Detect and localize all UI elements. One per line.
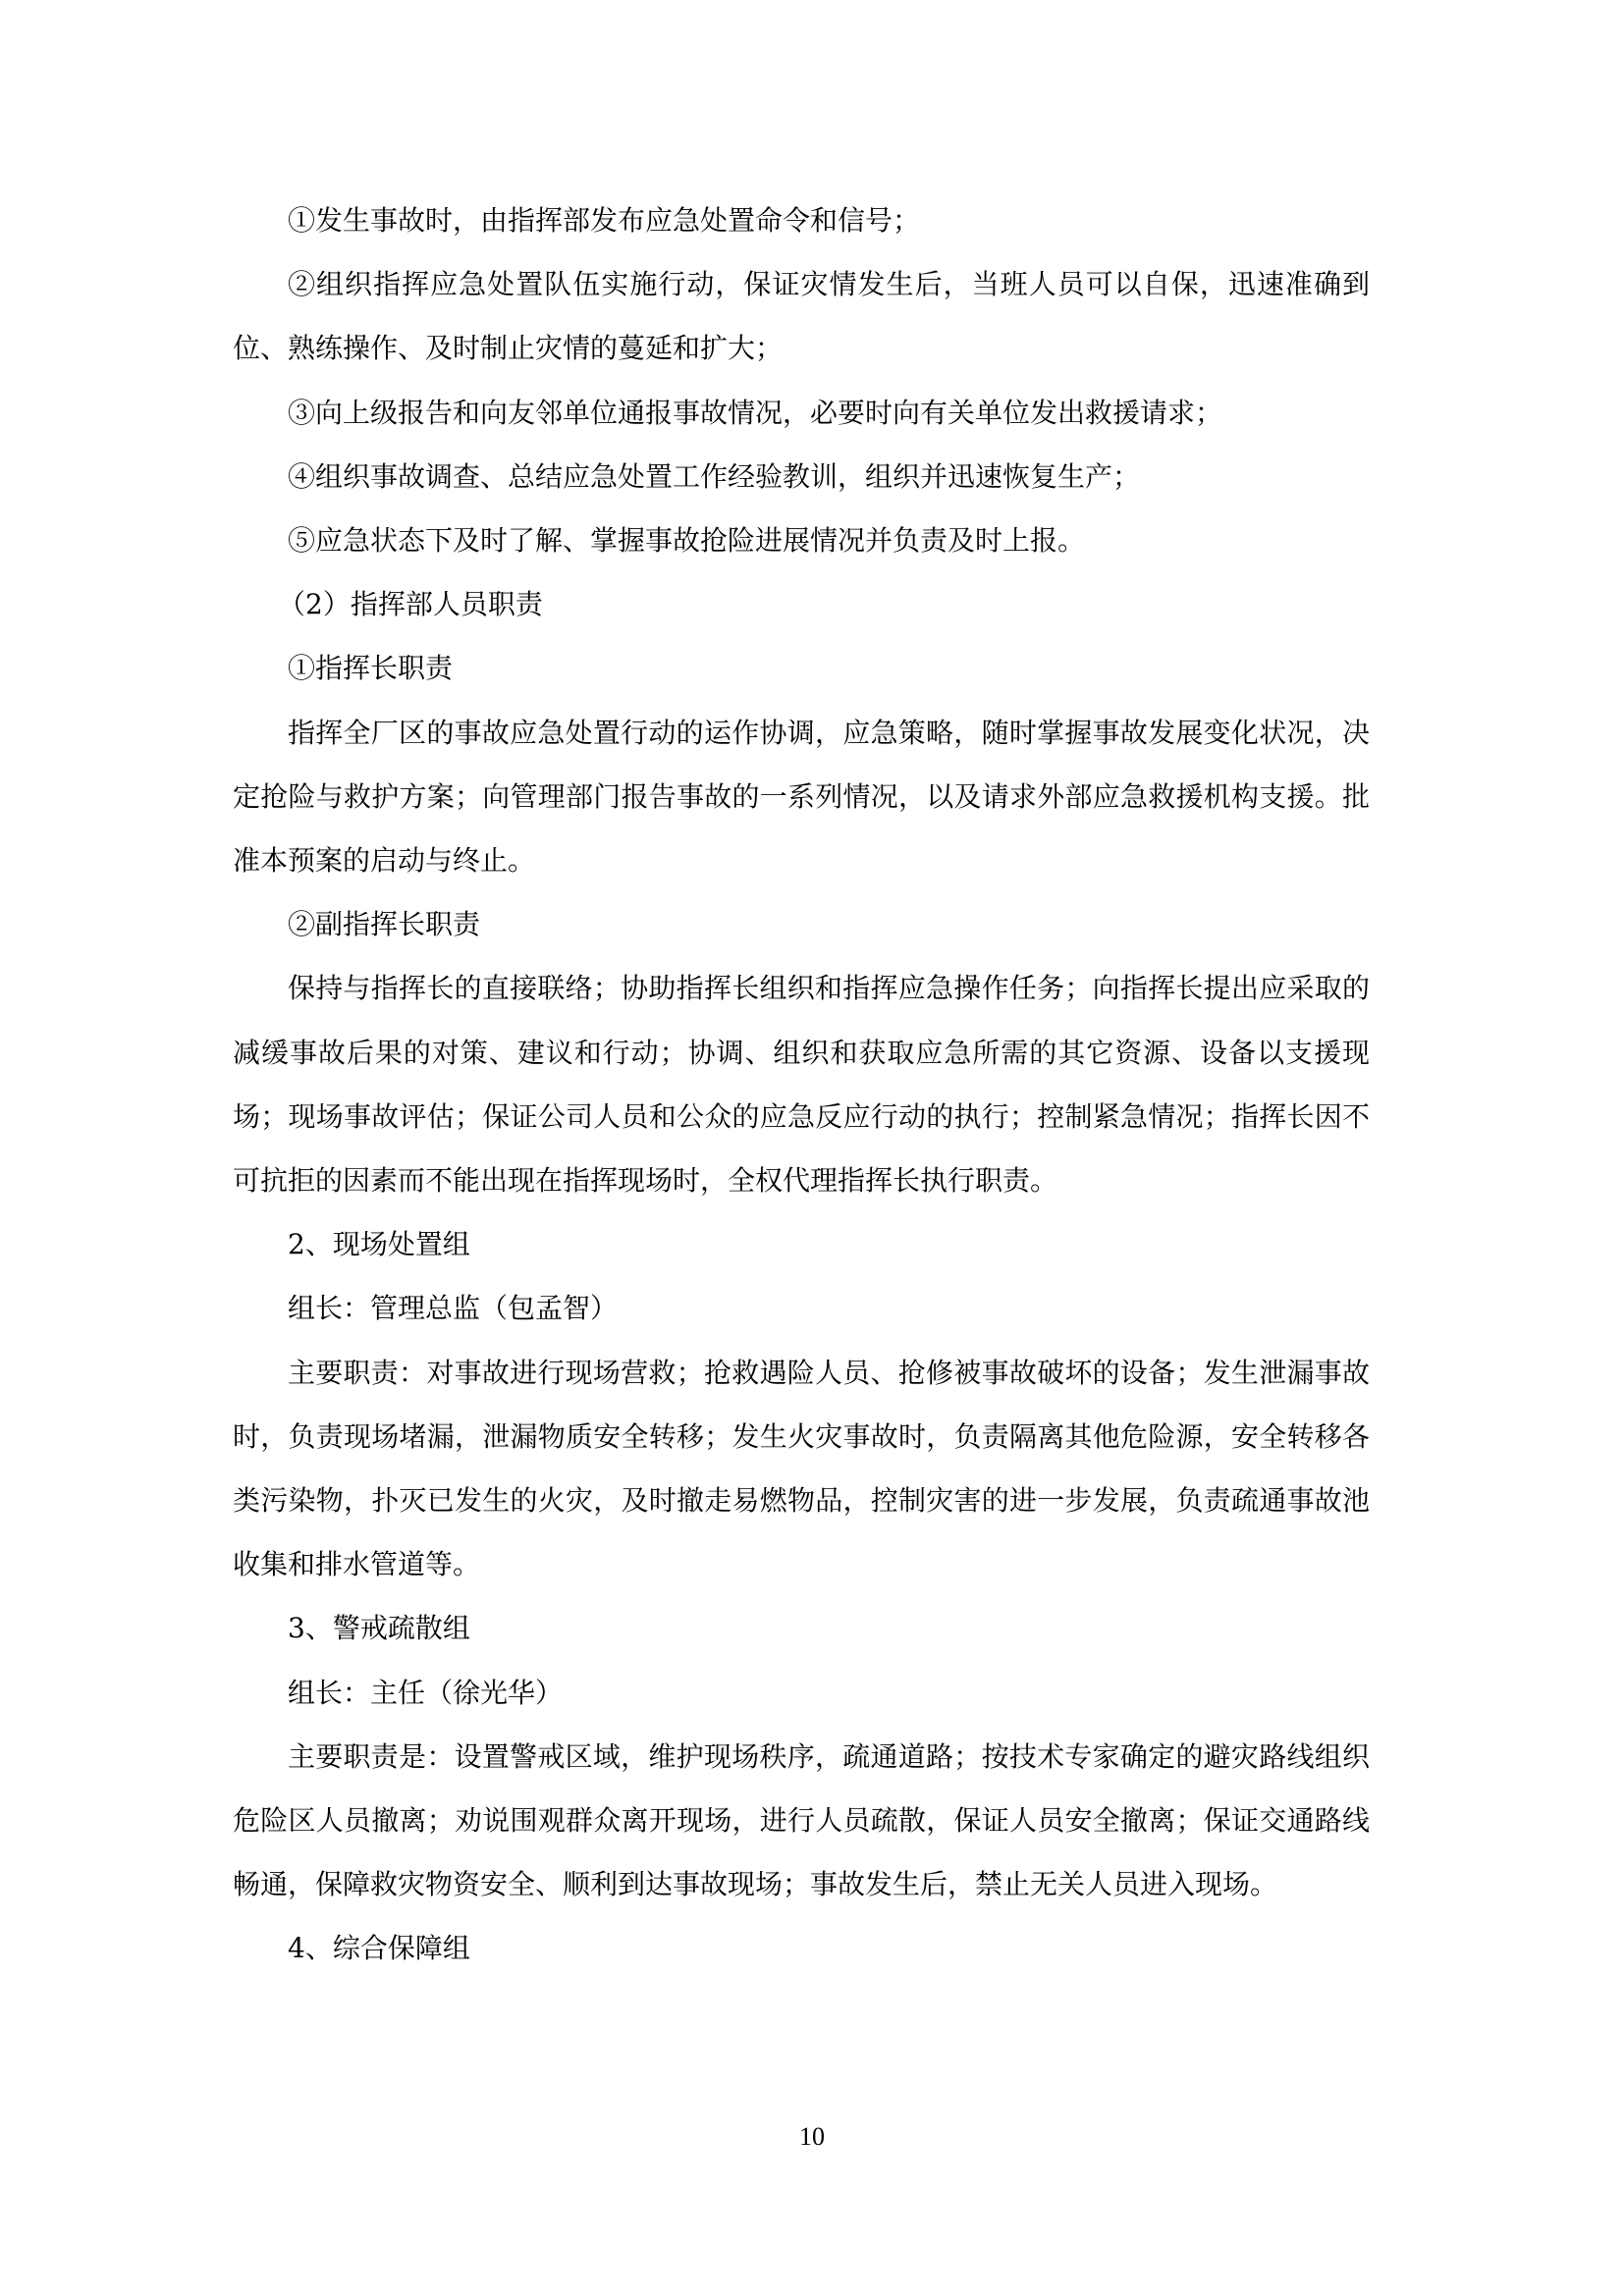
role-heading-commander: ①指挥长职责 — [233, 636, 1370, 700]
list-item-investigate: ④组织事故调查、总结应急处置工作经验教训，组织并迅速恢复生产； — [233, 445, 1370, 508]
page-number: 10 — [0, 2122, 1624, 2152]
section-heading-support-team: 4、综合保障组 — [233, 1916, 1370, 1980]
list-item-track-progress: ⑤应急状态下及时了解、掌握事故抢险进展情况并负责及时上报。 — [233, 508, 1370, 572]
evacuation-team-duties-text: 主要职责是：设置警戒区域，维护现场秩序，疏通道路；按技术专家确定的避灾路线组织危… — [233, 1725, 1370, 1917]
list-item-report-accident: ③向上级报告和向友邻单位通报事故情况，必要时向有关单位发出救援请求； — [233, 381, 1370, 445]
section-heading-onsite-team: 2、现场处置组 — [233, 1212, 1370, 1276]
page-body: ①发生事故时，由指挥部发布应急处置命令和信号； ②组织指挥应急处置队伍实施行动，… — [233, 188, 1370, 1981]
commander-duties-text: 指挥全厂区的事故应急处置行动的运作协调，应急策略，随时掌握事故发展变化状况，决定… — [233, 701, 1370, 893]
deputy-commander-duties-text: 保持与指挥长的直接联络；协助指挥长组织和指挥应急操作任务；向指挥长提出应采取的减… — [233, 956, 1370, 1212]
onsite-team-leader: 组长：管理总监（包孟智） — [233, 1276, 1370, 1340]
section-heading-evacuation-team: 3、警戒疏散组 — [233, 1596, 1370, 1660]
sub-heading-command-staff-duties: （2）指挥部人员职责 — [233, 572, 1370, 636]
role-heading-deputy-commander: ②副指挥长职责 — [233, 892, 1370, 956]
onsite-team-duties-text: 主要职责：对事故进行现场营救；抢救遇险人员、抢修被事故破坏的设备；发生泄漏事故时… — [233, 1341, 1370, 1597]
evacuation-team-leader: 组长：主任（徐光华） — [233, 1661, 1370, 1725]
list-item-issue-command: ①发生事故时，由指挥部发布应急处置命令和信号； — [233, 188, 1370, 252]
list-item-organize-response: ②组织指挥应急处置队伍实施行动，保证灾情发生后，当班人员可以自保，迅速准确到位、… — [233, 252, 1370, 380]
